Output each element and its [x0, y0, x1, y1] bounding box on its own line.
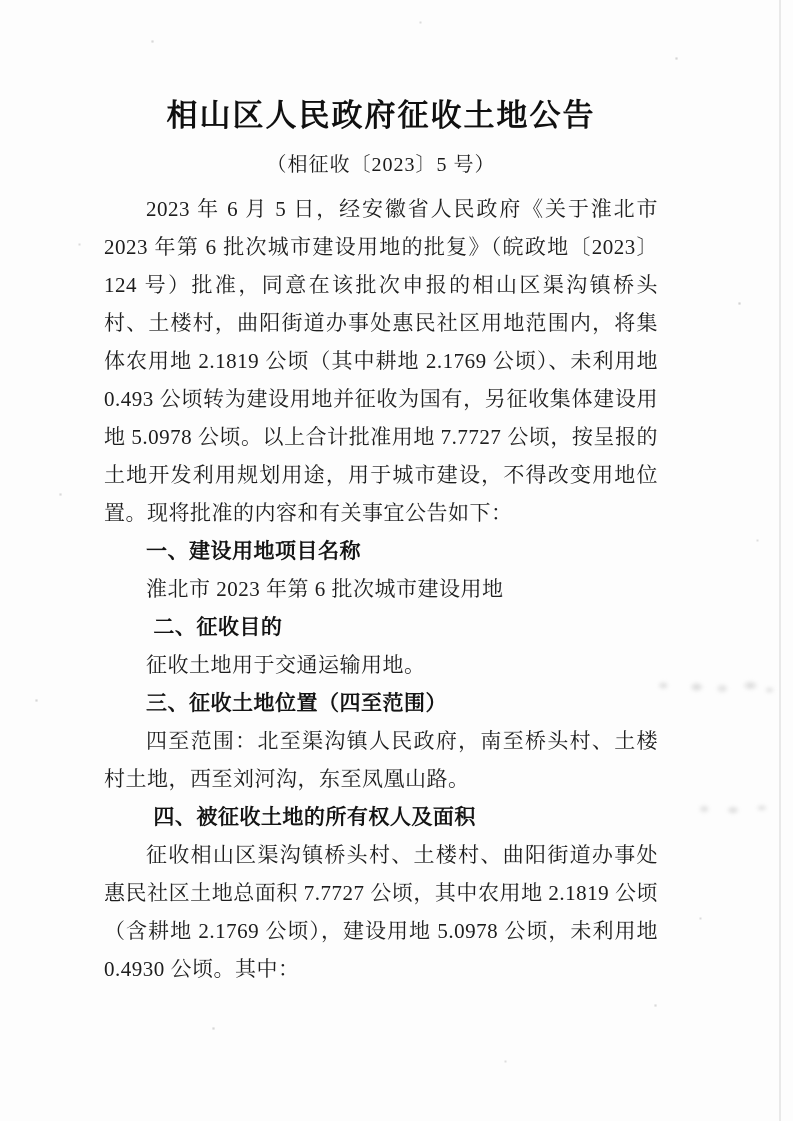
scan-noise-specks — [0, 0, 1, 1]
document-body: 2023 年 6 月 5 日，经安徽省人民政府《关于淮北市 2023 年第 6 … — [104, 190, 658, 988]
section-heading-location: 三、征收土地位置（四至范围） — [104, 684, 658, 722]
paragraph-approval-intro: 2023 年 6 月 5 日，经安徽省人民政府《关于淮北市 2023 年第 6 … — [104, 190, 658, 532]
scan-edge-line — [779, 0, 781, 1121]
paragraph-owners-area: 征收相山区渠沟镇桥头村、土楼村、曲阳街道办事处惠民社区土地总面积 7.7727 … — [104, 836, 658, 988]
scan-smudge-artifact — [648, 672, 776, 702]
document-number: （相征收〔2023〕5 号） — [104, 151, 658, 179]
section-heading-project-name: 一、建设用地项目名称 — [104, 532, 658, 570]
scan-smudge-artifact — [688, 798, 778, 820]
paragraph-project-name: 淮北市 2023 年第 6 批次城市建设用地 — [104, 570, 658, 608]
scanned-document-page: 相山区人民政府征收土地公告 （相征收〔2023〕5 号） 2023 年 6 月 … — [0, 0, 793, 1121]
section-heading-owners-area: 四、被征收土地的所有权人及面积 — [104, 798, 658, 836]
document-title: 相山区人民政府征收土地公告 — [104, 96, 658, 136]
paragraph-purpose: 征收土地用于交通运输用地。 — [104, 646, 658, 684]
section-heading-purpose: 二、征收目的 — [104, 608, 658, 646]
document-content: 相山区人民政府征收土地公告 （相征收〔2023〕5 号） 2023 年 6 月 … — [104, 96, 658, 988]
paragraph-location: 四至范围：北至渠沟镇人民政府，南至桥头村、土楼村土地，西至刘河沟，东至凤凰山路。 — [104, 722, 658, 798]
